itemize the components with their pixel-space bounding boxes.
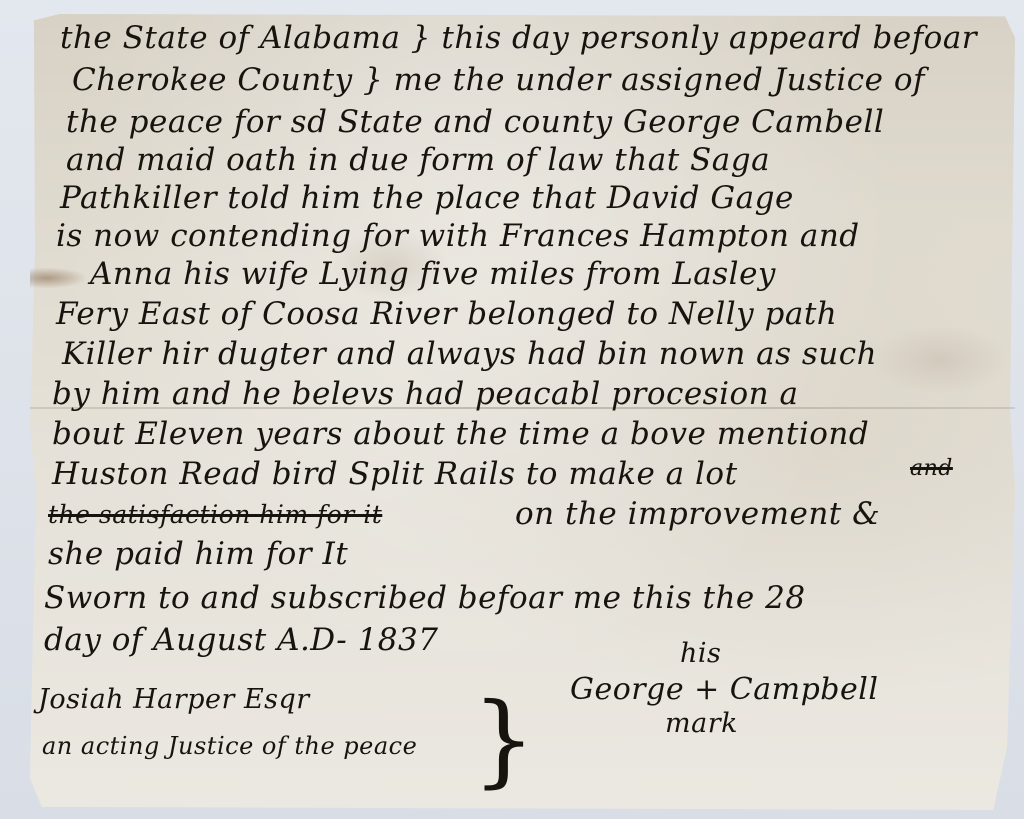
document-line-12: Huston Read bird Split Rails to make a l…: [52, 456, 738, 492]
document-line-9: Killer hir dugter and always had bin now…: [62, 336, 877, 372]
justice-name: Josiah Harper Esqr: [38, 684, 310, 715]
document-line-13: on the improvement &: [515, 496, 880, 532]
document-line-6: is now contending for with Frances Hampt…: [56, 218, 860, 254]
document-line-16: day of August A.D- 1837: [44, 622, 438, 658]
signature-name: George + Campbell: [570, 672, 878, 707]
water-stain: [870, 325, 1010, 395]
document-line-8: Fery East of Coosa River belonged to Nel…: [56, 296, 837, 332]
signature-his: his: [680, 638, 721, 669]
document-line-15: Sworn to and subscribed befoar me this t…: [44, 580, 806, 616]
struck-word: and: [910, 456, 953, 481]
document-line-2: Cherokee County } me the under assigned …: [72, 62, 925, 98]
document-line-7: Anna his wife Lying five miles from Lasl…: [90, 256, 776, 292]
document-line-5: Pathkiller told him the place that David…: [60, 180, 794, 216]
document-line-1: the State of Alabama } this day personly…: [60, 20, 977, 56]
document-line-10: by him and he belevs had peacabl procesi…: [52, 376, 798, 412]
struck-phrase: the satisfaction him for it: [48, 500, 382, 529]
document-line-3: the peace for sd State and county George…: [66, 104, 884, 140]
signature-brace: }: [472, 690, 536, 790]
document-line-4: and maid oath in due form of law that Sa…: [66, 142, 770, 178]
document-line-14: she paid him for It: [48, 536, 348, 572]
water-stain: [30, 268, 85, 288]
document-line-11: bout Eleven years about the time a bove …: [52, 416, 869, 452]
signature-mark: mark: [665, 708, 738, 739]
justice-title: an acting Justice of the peace: [42, 732, 417, 760]
